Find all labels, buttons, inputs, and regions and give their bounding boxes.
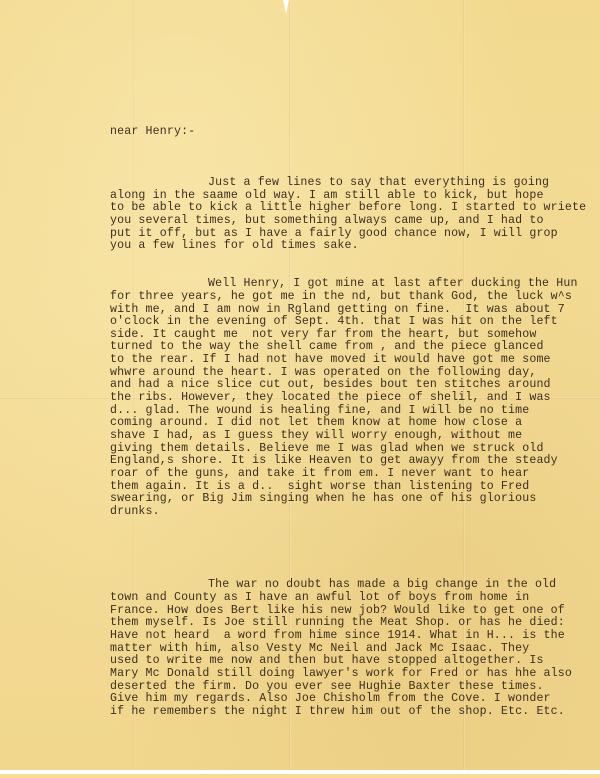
paragraph-2: Well Henry, I got mine at last after duc… bbox=[110, 278, 590, 518]
text-line: Well Henry, I got mine at last after duc… bbox=[110, 278, 590, 291]
text-line: town and County as I have an awful lot o… bbox=[110, 592, 590, 605]
letter-page: near Henry:- Just a few lines to say tha… bbox=[0, 0, 600, 774]
text-line: you a few lines for old times sake. bbox=[110, 240, 590, 253]
text-line: if he remembers the night I threw him ou… bbox=[110, 706, 590, 719]
text-line: shave I had, as I guess they will worry … bbox=[110, 430, 590, 443]
text-line: for three years, he got me in the nd, bu… bbox=[110, 291, 590, 304]
text-line: used to write me now and then but have s… bbox=[110, 655, 590, 668]
paragraph-1: Just a few lines to say that everything … bbox=[110, 177, 590, 253]
letter-body: near Henry:- Just a few lines to say tha… bbox=[110, 101, 590, 744]
text-line: you several times, but something always … bbox=[110, 215, 590, 228]
text-line: roar of the guns, and take it from em. I… bbox=[110, 468, 590, 481]
salutation: near Henry:- bbox=[110, 126, 590, 139]
text-line: them myself. Is Joe still running the Me… bbox=[110, 617, 590, 630]
text-line: Have not heard a word from hime since 19… bbox=[110, 630, 590, 643]
text-line: Give him my regards. Also Joe Chisholm f… bbox=[110, 693, 590, 706]
page-edge bbox=[0, 770, 600, 774]
text-line: to be able to kick a little higher befor… bbox=[110, 202, 590, 215]
text-line: drunks. bbox=[110, 506, 590, 519]
text-line: swearing, or Big Jim singing when he has… bbox=[110, 493, 590, 506]
text-line: to the rear. If I had not have moved it … bbox=[110, 354, 590, 367]
paragraph-3: The war no doubt has made a big change i… bbox=[110, 579, 590, 718]
paper-tear bbox=[283, 0, 289, 14]
text-line: Mary Mc Donald still doing lawyer's work… bbox=[110, 668, 590, 681]
text-line: Just a few lines to say that everything … bbox=[110, 177, 590, 190]
text-line: the ribs. However, they located the piec… bbox=[110, 392, 590, 405]
paragraph-gap bbox=[110, 544, 590, 554]
text-line: o'clock in the evening of Sept. 4th. tha… bbox=[110, 316, 590, 329]
